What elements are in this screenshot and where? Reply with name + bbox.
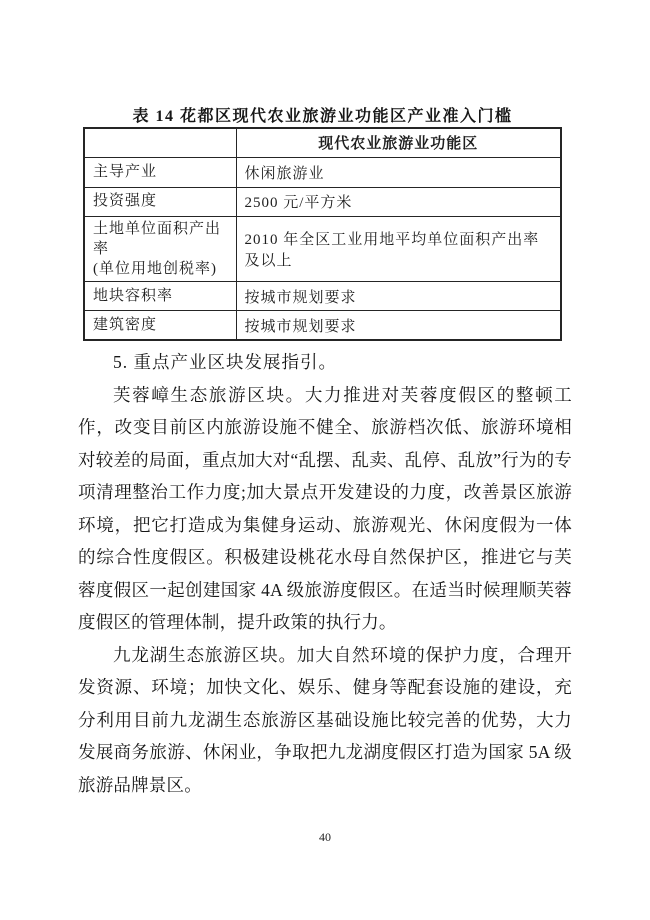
row-value: 休闲旅游业 xyxy=(236,157,561,187)
table-row: 土地单位面积产出率 (单位用地创税率) 2010 年全区工业用地平均单位面积产出… xyxy=(84,216,561,282)
section-heading: 5. 重点产业区块发展指引。 xyxy=(78,346,572,379)
table-row: 建筑密度 按城市规划要求 xyxy=(84,311,561,340)
table-header-row: 现代农业旅游业功能区 xyxy=(84,128,561,157)
table-row: 投资强度 2500 元/平方米 xyxy=(84,187,561,216)
row-value: 按城市规划要求 xyxy=(236,282,561,311)
row-label: 地块容积率 xyxy=(84,282,236,311)
table-title: 表 14 花都区现代农业旅游业功能区产业准入门槛 xyxy=(83,103,562,126)
row-label: 投资强度 xyxy=(84,187,236,216)
row-label: 主导产业 xyxy=(84,157,236,187)
body-text-block: 5. 重点产业区块发展指引。 芙蓉嶂生态旅游区块。大力推进对芙蓉度假区的整顿工作… xyxy=(78,346,572,801)
industry-entry-threshold-table: 现代农业旅游业功能区 主导产业 休闲旅游业 投资强度 2500 元/平方米 土地… xyxy=(83,127,562,341)
table-row: 地块容积率 按城市规划要求 xyxy=(84,282,561,311)
row-label: 土地单位面积产出率 (单位用地创税率) xyxy=(84,216,236,282)
row-value: 按城市规划要求 xyxy=(236,311,561,340)
document-page: 表 14 花都区现代农业旅游业功能区产业准入门槛 现代农业旅游业功能区 主导产业… xyxy=(0,0,650,920)
row-value: 2010 年全区工业用地平均单位面积产出率及以上 xyxy=(236,216,561,282)
header-empty-cell xyxy=(84,128,236,157)
table-row: 主导产业 休闲旅游业 xyxy=(84,157,561,187)
paragraph-furongzhang: 芙蓉嶂生态旅游区块。大力推进对芙蓉度假区的整顿工作，改变目前区内旅游设施不健全、… xyxy=(78,379,572,639)
header-functional-zone-cell: 现代农业旅游业功能区 xyxy=(236,128,561,157)
page-number: 40 xyxy=(0,830,650,845)
row-label: 建筑密度 xyxy=(84,311,236,340)
row-value: 2500 元/平方米 xyxy=(236,187,561,216)
paragraph-jiulonghu: 九龙湖生态旅游区块。加大自然环境的保护力度，合理开发资源、环境；加快文化、娱乐、… xyxy=(78,639,572,802)
